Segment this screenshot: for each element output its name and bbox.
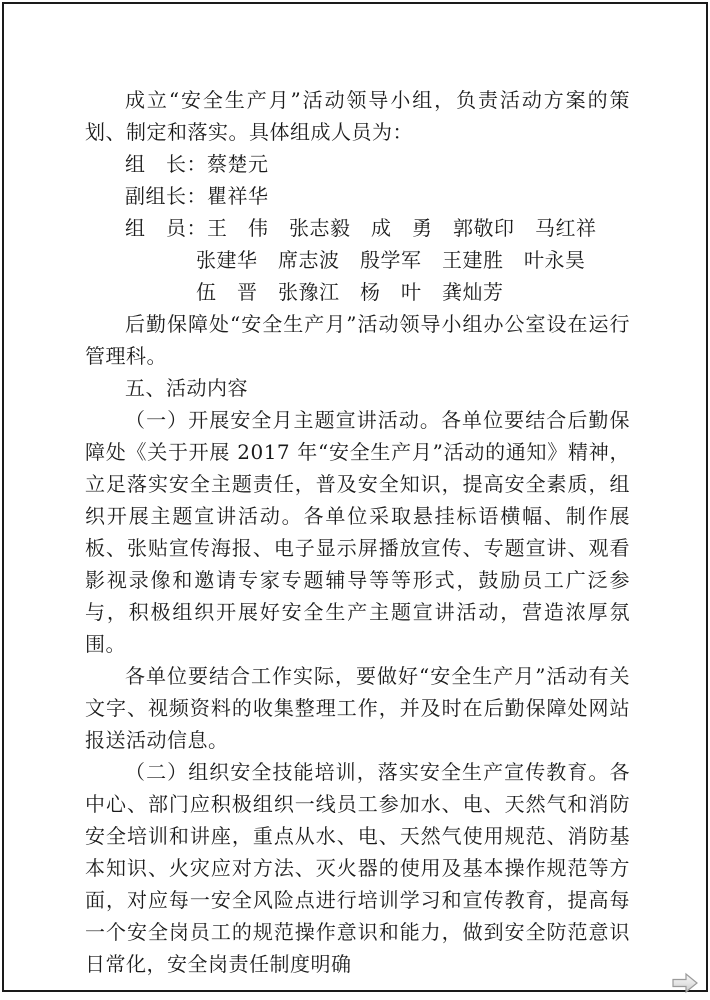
section-heading-five: 五、活动内容	[85, 372, 630, 404]
paragraph-activity-two: （二）组织安全技能培训，落实安全生产宣传教育。各中心、部门应积极组织一线员工参加…	[85, 756, 630, 980]
leader-line-deputy-head: 副组长：瞿祥华	[85, 180, 630, 212]
member-continuation-1: 张建华 席志波 殷学军 王建胜 叶永昊	[85, 244, 630, 276]
leader-line-group-head: 组 长：蔡楚元	[85, 148, 630, 180]
document-body: 成立“安全生产月”活动领导小组，负责活动方案的策划、制定和落实。具体组成人员为：…	[85, 84, 630, 980]
paragraph-office: 后勤保障处“安全生产月”活动领导小组办公室设在运行管理科。	[85, 308, 630, 372]
document-page: 成立“安全生产月”活动领导小组，负责活动方案的策划、制定和落实。具体组成人员为：…	[0, 0, 710, 1000]
member-continuation-2: 伍 晋 张豫江 杨 叶 龚灿芳	[85, 276, 630, 308]
paragraph-intro: 成立“安全生产月”活动领导小组，负责活动方案的策划、制定和落实。具体组成人员为：	[85, 84, 630, 148]
paragraph-activity-one: （一）开展安全月主题宣讲活动。各单位要结合后勤保障处《关于开展 2017 年“安…	[85, 404, 630, 660]
paragraph-info-report: 各单位要结合工作实际，要做好“安全生产月”活动有关文字、视频资料的收集整理工作，…	[85, 660, 630, 756]
leader-line-members: 组 员：王 伟 张志毅 成 勇 郭敬印 马红祥	[85, 212, 630, 244]
next-page-arrow-icon[interactable]	[670, 970, 700, 996]
